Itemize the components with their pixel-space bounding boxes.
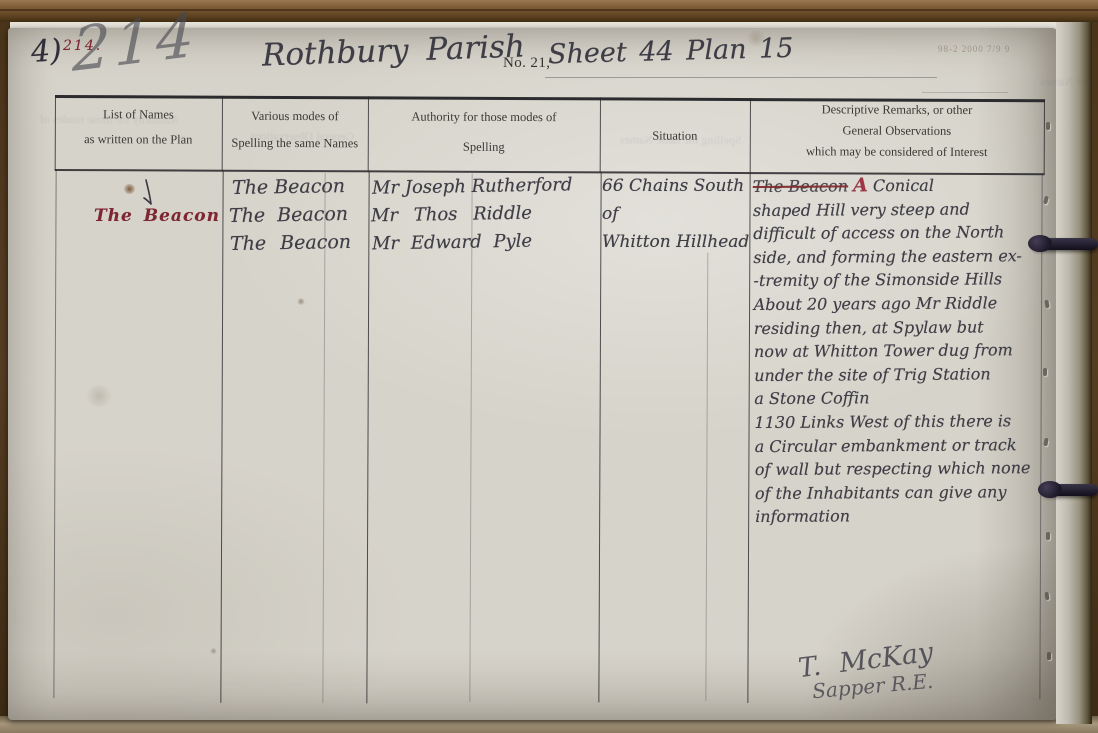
remarks-line: a Circular embankment or track <box>755 432 1055 458</box>
paper-stain <box>210 648 217 654</box>
ink-stain <box>124 184 135 194</box>
column-header-authority: Authority for those modes ofSpelling <box>368 101 600 162</box>
entry-situation-line: of <box>602 204 619 224</box>
column-header-names: List of Namesas written on the Plan <box>55 102 222 153</box>
binding-cord-bottom <box>1042 484 1098 496</box>
remarks-struck-text: The Beacon <box>753 176 848 196</box>
paper-stain <box>745 30 767 46</box>
column-header-remarks: Descriptive Remarks, or otherGeneral Obs… <box>750 99 1044 163</box>
entry-situation-line: 66 Chains South <box>602 176 744 196</box>
entry-spelling-row: The Beacon <box>230 231 351 255</box>
cord-knot <box>1038 481 1062 498</box>
bleedthrough-text: List of Names <box>1040 74 1098 89</box>
remarks-line: information <box>755 503 1055 529</box>
stitch-hole <box>1046 532 1050 540</box>
remarks-line: under the site of Trig Station <box>754 362 1054 388</box>
remarks-line: shaped Hill very steep and <box>753 197 1053 223</box>
entry-authority-row: Mr Joseph Rutherford <box>372 174 573 198</box>
cord-knot <box>1028 235 1052 252</box>
remarks-line: side, and forming the eastern ex- <box>753 244 1053 270</box>
entry-remarks: The Beacon A Conical shaped Hill very st… <box>753 173 1055 529</box>
remarks-line: of wall but respecting which none <box>755 456 1055 482</box>
binding-cord-top <box>1032 238 1098 250</box>
paper-crease-2 <box>469 174 472 702</box>
column-header-spelling: Various modes ofSpelling the same Names <box>222 103 368 158</box>
body-rule-left <box>53 170 57 698</box>
remarks-line: a Stone Coffin <box>754 385 1054 411</box>
entry-name-on-plan: The Beacon <box>94 206 220 226</box>
body-rule-4 <box>747 173 751 703</box>
remarks-line: -tremity of the Simonside Hills <box>753 267 1053 293</box>
paper-crease-3 <box>705 253 708 701</box>
stitch-hole <box>1047 652 1051 660</box>
remarks-line: now at Whitton Tower dug from <box>754 338 1054 364</box>
scanned-name-book-page: 4) 214. 214 Rothbury Parish No. 21, Shee… <box>0 0 1098 733</box>
remarks-line: About 20 years ago Mr Riddle <box>754 291 1054 317</box>
remarks-line: residing then, at Spylaw but <box>754 315 1054 341</box>
remarks-line: 1130 Links West of this there is <box>754 409 1054 435</box>
paper-stain <box>297 298 305 305</box>
entry-situation-line: Whitton Hillhead <box>602 232 749 252</box>
body-rule-1 <box>220 171 224 703</box>
stitch-hole <box>1043 368 1047 376</box>
entry-authority-row: Mr Thos Riddle <box>371 203 532 227</box>
paper-stain <box>84 385 114 407</box>
entry-authority-row: Mr Edward Pyle <box>372 231 532 255</box>
entry-spelling-row: The Beacon <box>232 175 345 199</box>
column-header-situation: Situation <box>600 123 750 149</box>
remarks-line: difficult of access on the North <box>753 220 1053 246</box>
stitch-hole <box>1046 122 1050 130</box>
remarks-line: of the Inhabitants can give any <box>755 480 1055 506</box>
remarks-red-insertion: A <box>853 174 868 196</box>
remarks-line: The Beacon A Conical <box>753 173 1053 199</box>
entry-spelling-row: The Beacon <box>229 203 348 227</box>
body-rule-2 <box>366 171 370 703</box>
